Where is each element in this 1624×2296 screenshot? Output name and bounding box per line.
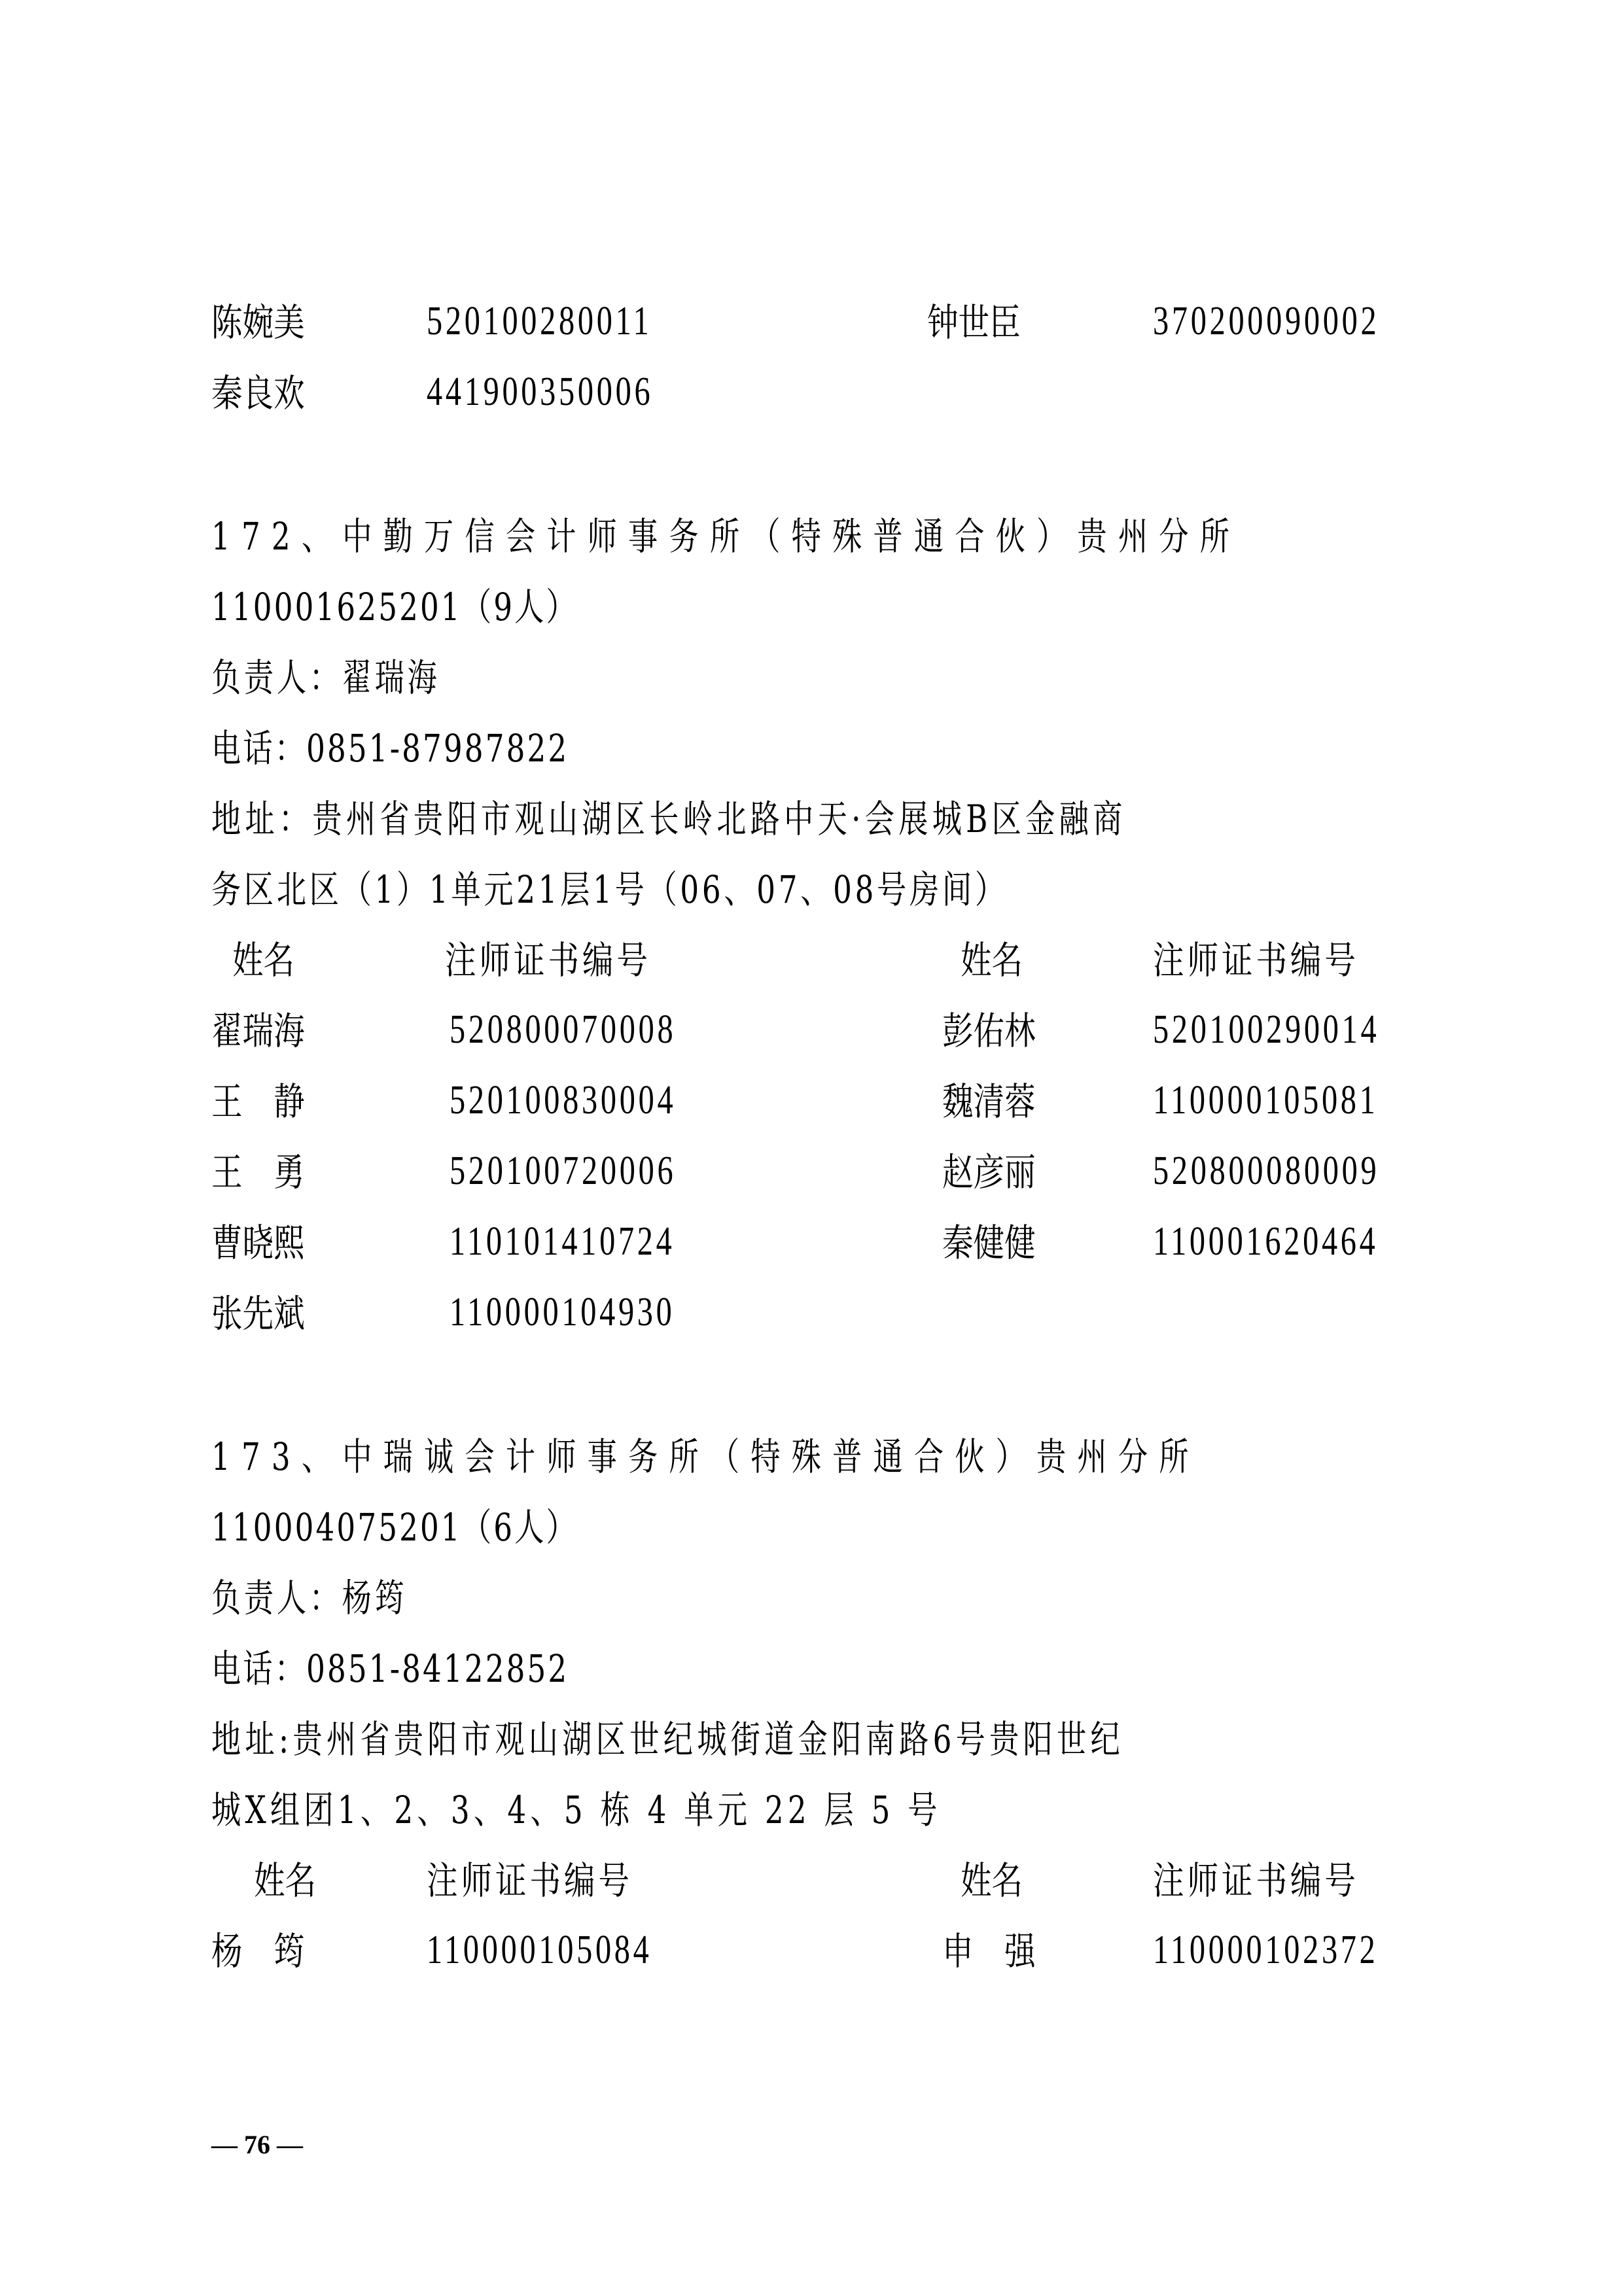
person-name: 魏清蓉 (942, 1079, 1036, 1124)
firm-address-line1: 地址:贵州省贵阳市观山湖区世纪城街道金阳南路6号贵阳世纪 (211, 1716, 1381, 1762)
cert-number: 370200090002 (1153, 298, 1379, 344)
person-name: 申 强 (942, 1928, 1036, 1974)
column-header-cert: 注师证书编号 (1153, 937, 1359, 983)
cert-number: 520100720006 (450, 1148, 676, 1194)
cert-number: 520100280011 (427, 298, 652, 344)
cert-number: 110000105081 (1153, 1077, 1379, 1123)
person-name: 赵彦丽 (942, 1149, 1036, 1195)
person-name: 王 静 (211, 1079, 305, 1124)
cert-number: 520800070008 (450, 1007, 676, 1052)
cert-number: 110101410724 (450, 1219, 675, 1264)
person-name: 张先斌 (211, 1291, 305, 1336)
cert-number: 110001620464 (1153, 1219, 1379, 1264)
person-name: 彭佑林 (942, 1008, 1036, 1054)
person-name: 陈婉美 (211, 300, 305, 345)
column-header-name: 姓名 (961, 937, 1023, 983)
firm-title: 172、中勤万信会计师事务所（特殊普通合伙）贵州分所 (211, 513, 1531, 559)
person-name: 翟瑞海 (211, 1008, 305, 1054)
firm-address-line2: 城X组团1、2、3、4、5 栋 4 单元 22 层 5 号 (211, 1787, 1147, 1833)
page-number: — 76 — (211, 2129, 303, 2160)
person-name: 秦良欢 (211, 370, 305, 416)
person-name: 王 勇 (211, 1149, 305, 1195)
column-header-name: 姓名 (232, 937, 294, 983)
firm-code: 110004075201（6人） (211, 1505, 681, 1550)
cert-number: 441900350006 (427, 369, 653, 415)
cert-number: 110000104930 (450, 1289, 675, 1335)
firm-phone: 电话：0851-87987822 (211, 725, 669, 771)
column-header-name: 姓名 (961, 1858, 1023, 1904)
cert-number: 110000102372 (1153, 1927, 1379, 1973)
cert-number: 520800080009 (1153, 1148, 1379, 1194)
person-name: 杨 筠 (211, 1928, 305, 1974)
firm-head: 负责人：翟瑞海 (211, 655, 504, 701)
column-header-cert: 注师证书编号 (1153, 1858, 1359, 1904)
firm-address-line2: 务区北区（1）1单元21层1号（06、07、08号房间） (211, 867, 1232, 913)
person-name: 曹晓熙 (211, 1220, 305, 1266)
cert-number: 520100290014 (1153, 1007, 1379, 1052)
firm-address-line1: 地址：贵州省贵阳市观山湖区长岭北路中天·会展城B区金融商 (211, 796, 1385, 842)
column-header-cert: 注师证书编号 (445, 937, 651, 983)
column-header-cert: 注师证书编号 (427, 1858, 633, 1904)
firm-head: 负责人：杨筠 (211, 1575, 463, 1621)
cert-number: 520100830004 (450, 1077, 676, 1123)
firm-phone: 电话：0851-84122852 (211, 1646, 669, 1692)
person-name: 秦健健 (942, 1220, 1036, 1266)
firm-code: 110001625201（9人） (211, 584, 681, 630)
column-header-name: 姓名 (254, 1858, 316, 1904)
firm-title: 173、中瑞诚会计师事务所（特殊普通合伙）贵州分所 (211, 1434, 1479, 1480)
person-name: 钟世臣 (927, 300, 1021, 345)
cert-number: 110000105084 (427, 1927, 652, 1973)
